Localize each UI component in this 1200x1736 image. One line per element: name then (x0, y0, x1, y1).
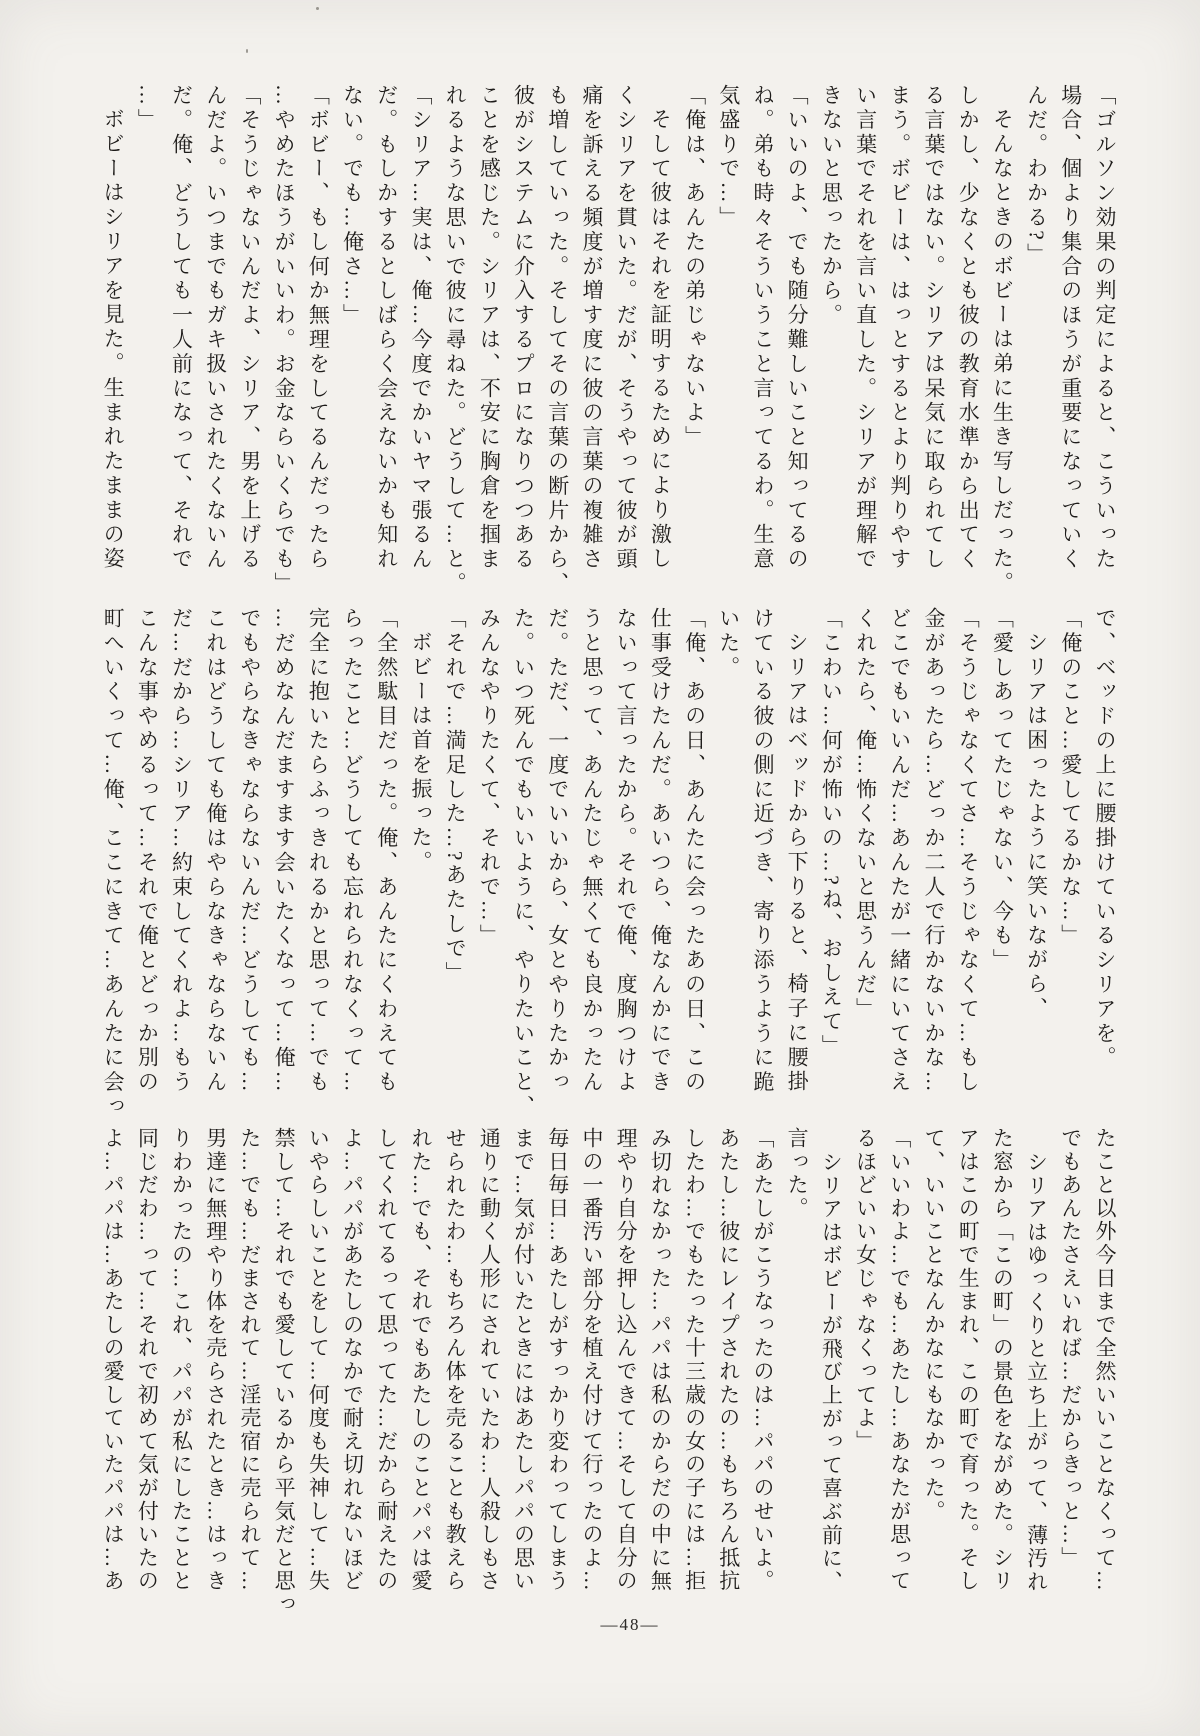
text-column: シリアはボビーが飛び上がって喜ぶ前に、 (814, 1127, 848, 1619)
text-column: 言った。 (780, 1127, 814, 1619)
text-column: だ。ただ、一度でいいから、女とやりたかっ (541, 607, 575, 1129)
page-number: ―48― (60, 1615, 1200, 1635)
text-column: 「俺のこと…愛してるかな…」 (1054, 607, 1088, 1129)
text-column: したわ…でもたった十三歳の女の子には…拒 (677, 1127, 711, 1619)
text-column: んだ。わかる?」 (1019, 84, 1053, 606)
text-column: だ…だから…シリア…約束してくれよ…もう (164, 607, 198, 1129)
text-column: ボビーはシリアを見た。生まれたままの姿 (96, 84, 130, 606)
text-column: そして彼はそれを証明するためにより激し (643, 84, 677, 606)
text-column: 「こわい…何が怖いの…?ね、おしえて」 (814, 607, 848, 1129)
text-column: シリアは困ったように笑いながら、 (1019, 607, 1053, 1129)
text-column: してくれてるって思ってた…だから耐えたの (370, 1127, 404, 1619)
text-column: る言葉ではない。シリアは呆気に取られてし (917, 84, 951, 606)
text-column: ない。でも…俺さ…」 (335, 84, 369, 606)
text-column: ことを感じた。シリアは、不安に胸倉を掴ま (472, 84, 506, 606)
scanned-book-page: 「ゴルソン効果の判定によると、こういった場合、個より集合のほうが重要になっていく… (0, 0, 1200, 1736)
text-column: 「ボビー、もし何か無理をしてるんだったら (301, 84, 335, 606)
text-column: ね。弟も時々そういうこと言ってるわ。生意 (746, 84, 780, 606)
text-column: 仕事受けたんだ。あいつら、俺なんかにでき (643, 607, 677, 1129)
text-column: きないと思ったから。 (814, 84, 848, 606)
text-column: 「それで…満足した…?あたしで」 (438, 607, 472, 1129)
text-column: うと思って、あんたじゃ無くても良かったん (575, 607, 609, 1129)
text-column: た窓から「この町」の景色をながめた。シリ (985, 1127, 1019, 1619)
text-column: 「そうじゃないんだよ、シリア、男を上げる (233, 84, 267, 606)
text-column: 「俺、あの日、あんたに会ったあの日、この (677, 607, 711, 1129)
text-column: 完全に抱いたらふっきれるかと思って…でも (301, 607, 335, 1129)
text-column: 理やり自分を押し込んできて…そして自分の (609, 1127, 643, 1619)
text-column: 場合、個より集合のほうが重要になっていく (1054, 84, 1088, 606)
text-column: だ。俺、どうしても一人前になって、それで (164, 84, 198, 606)
text-column: 同じだわ…って…それで初めて気が付いたの (130, 1127, 164, 1619)
text-column: 通りに動く人形にされていたわ…人殺しもさ (472, 1127, 506, 1619)
text-column: ないって言ったから。それで俺、度胸つけよ (609, 607, 643, 1129)
text-column: 「そうじゃなくてさ…そうじゃなくて…もし (951, 607, 985, 1129)
text-column: 「シリア…実は、俺…今度でかいヤマ張るん (404, 84, 438, 606)
text-column: て、いいことなんかなにもなかった。 (917, 1127, 951, 1619)
text-column: しかし、少なくとも彼の教育水準から出てく (951, 84, 985, 606)
text-column: た…でも…だまされて…淫売宿に売られて… (233, 1127, 267, 1619)
text-column: 彼がシステムに介入するプロになりつつある (506, 84, 540, 606)
text-column: 痛を訴える頻度が増す度に彼の言葉の複雑さ (575, 84, 609, 606)
text-column: でもやらなきゃならないんだ…どうしても… (233, 607, 267, 1129)
text-column: どこでもいいんだ…あんたが一緒にいてさえ (883, 607, 917, 1129)
text-column: シリアはベッドから下りると、椅子に腰掛 (780, 607, 814, 1129)
text-column: …だめなんだますます会いたくなって…俺… (267, 607, 301, 1129)
text-column: こんな事やめるって…それで俺とどっか別の (130, 607, 164, 1129)
text-column: た。いつ死んでもいいように、やりたいこと、 (506, 607, 540, 1129)
text-column: 「俺は、あんたの弟じゃないよ」 (677, 84, 711, 606)
text-column: …」 (130, 84, 164, 606)
text-column: らったこと…どうしても忘れられなくって… (335, 607, 369, 1129)
text-column: みんなやりたくて、それで…」 (472, 607, 506, 1129)
text-column: よ…パパは…あたしの愛していたパパは…あ (96, 1127, 130, 1619)
text-column: も増していった。そしてその言葉の断片から、 (541, 84, 575, 606)
text-column: せられたわ…もちろん体を売ることも教えら (438, 1127, 472, 1619)
text-column: 「ゴルソン効果の判定によると、こういった (1088, 84, 1122, 606)
text-column: ボビーは首を振った。 (404, 607, 438, 1129)
text-column: 「愛しあってたじゃない、今も」 (985, 607, 1019, 1129)
text-column: いた。 (712, 607, 746, 1129)
text-column: 町へいくって…俺、ここにきて…あんたに会っ (96, 607, 130, 1129)
text-column: まで…気が付いたときにはあたしパパの思い (506, 1127, 540, 1619)
text-column: くシリアを貫いた。だが、そうやって彼が頭 (609, 84, 643, 606)
text-column: 気盛りで…」 (712, 84, 746, 606)
text-column: いやらしいことをして…何度も失神して…失 (301, 1127, 335, 1619)
text-column: りわかったの…これ、パパが私にしたことと (164, 1127, 198, 1619)
text-column: 「いいわよ…でも…あたし…あなたが思って (883, 1127, 917, 1619)
text-column: 「あたしがこうなったのは…パパのせいよ。 (746, 1127, 780, 1619)
text-band-bottom: たこと以外今日まで全然いいことなくって…でもあんたさえいれば…だからきっと…」シ… (94, 1127, 1122, 1619)
text-column: たこと以外今日まで全然いいことなくって… (1088, 1127, 1122, 1619)
text-column: アはこの町で生まれ、この町で育った。そし (951, 1127, 985, 1619)
text-column: シリアはゆっくりと立ち上がって、薄汚れ (1019, 1127, 1053, 1619)
text-column: そんなときのボビーは弟に生き写しだった。 (985, 84, 1019, 606)
text-column: 禁して…それでも愛しているから平気だと思っ (267, 1127, 301, 1619)
text-column: 「全然駄目だった。俺、あんたにくわえても (370, 607, 404, 1129)
text-band-middle: で、ベッドの上に腰掛けているシリアを。「俺のこと…愛してるかな…」シリアは困った… (94, 607, 1122, 1129)
text-column: だ。もしかするとしばらく会えないかも知れ (370, 84, 404, 606)
text-column: れた…でも、それでもあたしのことパパは愛 (404, 1127, 438, 1619)
text-column: んだよ。いつまでもガキ扱いされたくないん (199, 84, 233, 606)
text-column: 中の一番汚い部分を植え付けて行ったのよ… (575, 1127, 609, 1619)
text-column: い言葉でそれを言い直した。シリアが理解で (848, 84, 882, 606)
dust-speck (316, 7, 319, 10)
text-column: これはどうしても俺はやらなきゃならないん (199, 607, 233, 1129)
text-column: …やめたほうがいいわ。お金ならいくらでも」 (267, 84, 301, 606)
text-column: み切れなかった…パパは私のからだの中に無 (643, 1127, 677, 1619)
text-column: 金があったら…どっか二人で行かないかな… (917, 607, 951, 1129)
text-column: あたし…彼にレイプされたの…もちろん抵抗 (712, 1127, 746, 1619)
text-column: るほどいい女じゃなくってよ」 (848, 1127, 882, 1619)
text-column: くれたら、俺…怖くないと思うんだ」 (848, 607, 882, 1129)
text-column: れるような思いで彼に尋ねた。どうして…と。 (438, 84, 472, 606)
text-column: まう。ボビーは、はっとするとより判りやす (883, 84, 917, 606)
dust-speck (246, 49, 248, 53)
text-column: 毎日毎日…あたしがすっかり変わってしまう (541, 1127, 575, 1619)
text-column: でもあんたさえいれば…だからきっと…」 (1054, 1127, 1088, 1619)
text-column: けている彼の側に近づき、寄り添うように跪 (746, 607, 780, 1129)
text-column: で、ベッドの上に腰掛けているシリアを。 (1088, 607, 1122, 1129)
text-column: 男達に無理やり体を売らされたとき…はっき (199, 1127, 233, 1619)
text-column: よ…パパがあたしのなかで耐え切れないほど (335, 1127, 369, 1619)
text-column: 「いいのよ、でも随分難しいこと知ってるの (780, 84, 814, 606)
text-band-top: 「ゴルソン効果の判定によると、こういった場合、個より集合のほうが重要になっていく… (94, 84, 1122, 606)
